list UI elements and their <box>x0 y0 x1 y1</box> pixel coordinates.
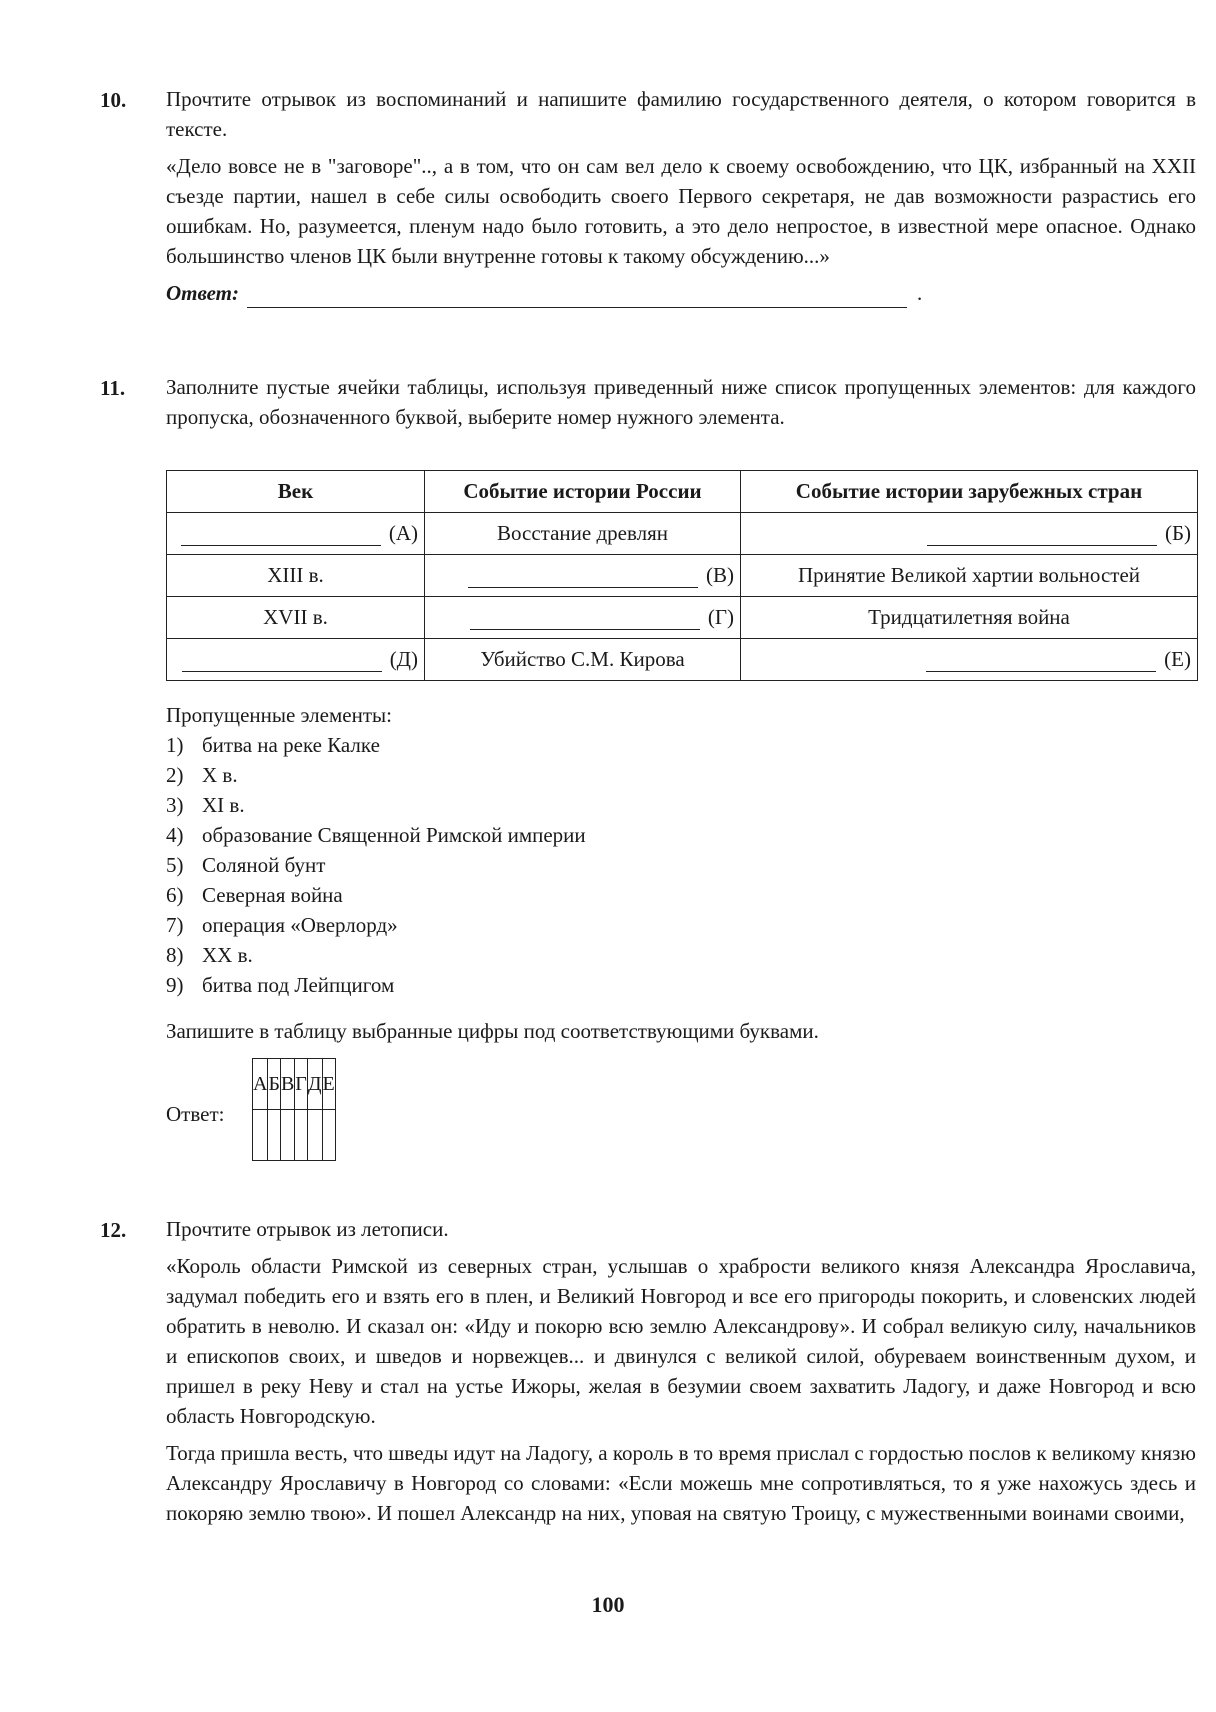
answer-end: . <box>917 278 922 308</box>
answer-cell-e[interactable] <box>322 1110 335 1161</box>
letter-g: Г <box>295 1059 308 1110</box>
events-table: Век Событие истории России Событие истор… <box>166 470 1198 681</box>
cell-foreign: Принятие Великой хартии вольностей <box>741 555 1198 597</box>
blank-b[interactable]: (Б) <box>747 521 1191 546</box>
list-item: 3)XI в. <box>166 790 586 820</box>
letter-d: Д <box>307 1059 322 1110</box>
blank-d[interactable]: (Д) <box>173 647 418 672</box>
missing-elements: Пропущенные элементы: 1)битва на реке Ка… <box>166 700 586 1000</box>
blank-a[interactable]: (А) <box>173 521 418 546</box>
table-row: XIII в. (В) Принятие Великой хартии воль… <box>167 555 1198 597</box>
letter-e: Е <box>322 1059 335 1110</box>
task-prompt: Прочтите отрывок из летописи. <box>166 1214 1196 1244</box>
page-number: 100 <box>0 1592 1216 1618</box>
task-number: 12. <box>100 1218 126 1243</box>
blank-g[interactable]: (Г) <box>431 605 734 630</box>
blank-v[interactable]: (В) <box>431 563 734 588</box>
answer-cell-v[interactable] <box>280 1110 294 1161</box>
quote-text: «Дело вовсе не в "заговоре".., а в том, … <box>166 151 1196 271</box>
answer-label: Ответ: <box>166 1102 224 1127</box>
answer-row: Ответ: . <box>166 278 1196 308</box>
cell-foreign: Тридцатилетняя война <box>741 597 1198 639</box>
task-prompt: Прочтите отрывок из воспоминаний и напиш… <box>166 84 1196 144</box>
table-row: XVII в. (Г) Тридцатилетняя война <box>167 597 1198 639</box>
answer-cell-a[interactable] <box>253 1110 268 1161</box>
task-number: 10. <box>100 88 126 113</box>
missing-list: 1)битва на реке Калке 2)X в. 3)XI в. 4)о… <box>166 730 586 1000</box>
header-russia: Событие истории России <box>425 471 741 513</box>
list-item: 7)операция «Оверлорд» <box>166 910 586 940</box>
letter-a: А <box>253 1059 268 1110</box>
answer-label: Ответ: <box>166 278 239 308</box>
answer-field[interactable] <box>247 285 907 308</box>
list-item: 1)битва на реке Калке <box>166 730 586 760</box>
letter-b: Б <box>268 1059 280 1110</box>
list-item: 4)образование Священной Римской империи <box>166 820 586 850</box>
blank-e[interactable]: (Е) <box>747 647 1191 672</box>
table-row: (А) Восстание древлян (Б) <box>167 513 1198 555</box>
cell-century: XVII в. <box>167 597 425 639</box>
chronicle-paragraph: Тогда пришла весть, что шведы идут на Ла… <box>166 1438 1196 1528</box>
answer-instruction: Запишите в таблицу выбранные цифры под с… <box>166 1016 819 1046</box>
table-row: (Д) Убийство С.М. Кирова (Е) <box>167 639 1198 681</box>
chronicle-paragraph: «Король области Римской из северных стра… <box>166 1251 1196 1431</box>
header-foreign: Событие истории зарубежных стран <box>741 471 1198 513</box>
header-century: Век <box>167 471 425 513</box>
cell-century: XIII в. <box>167 555 425 597</box>
list-item: 9)битва под Лейпцигом <box>166 970 586 1000</box>
answer-cell-g[interactable] <box>295 1110 308 1161</box>
list-item: 2)X в. <box>166 760 586 790</box>
cell-russia: Убийство С.М. Кирова <box>425 639 741 681</box>
answer-cell-d[interactable] <box>307 1110 322 1161</box>
cell-russia: Восстание древлян <box>425 513 741 555</box>
answer-cell-b[interactable] <box>268 1110 280 1161</box>
list-item: 5)Соляной бунт <box>166 850 586 880</box>
answer-table: А Б В Г Д Е <box>252 1058 336 1161</box>
letter-v: В <box>280 1059 294 1110</box>
task-number: 11. <box>100 376 125 401</box>
task-prompt: Заполните пустые ячейки таблицы, использ… <box>166 372 1196 432</box>
list-item: 6)Северная война <box>166 880 586 910</box>
list-item: 8)XX в. <box>166 940 586 970</box>
missing-title: Пропущенные элементы: <box>166 700 586 730</box>
